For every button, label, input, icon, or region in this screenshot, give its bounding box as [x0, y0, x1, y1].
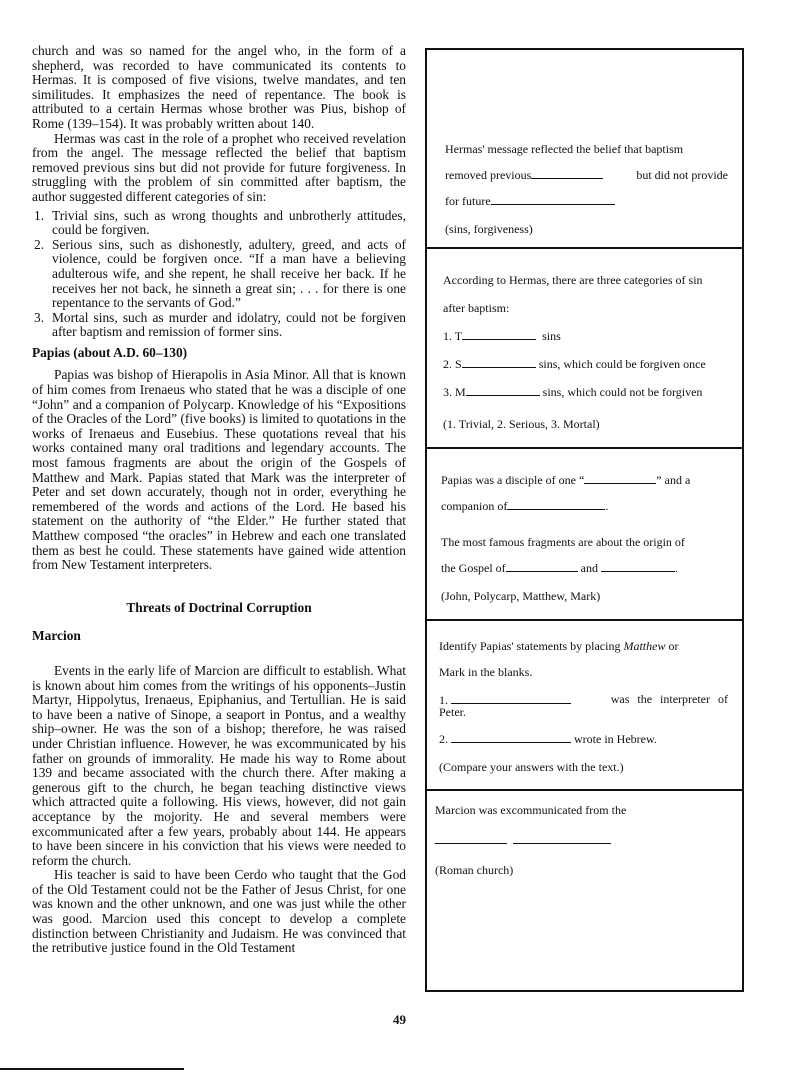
frame-identify-statements: Identify Papias' statements by placing M…	[427, 621, 742, 791]
frame-text: wrote in Hebrew.	[574, 732, 657, 746]
frame-text: sins, which could be forgiven once	[539, 357, 706, 371]
frame-text: removed previous	[445, 168, 531, 182]
frame-papias-disciple: Papias was a disciple of one “” and a co…	[427, 449, 742, 621]
frame-text: companion of	[441, 499, 507, 513]
frame-question: companion of.	[441, 499, 728, 513]
frame-text: 2.	[439, 732, 448, 746]
frame-item: 2. S sins, which could be forgiven once	[443, 357, 728, 371]
fill-in-blank[interactable]	[601, 561, 675, 572]
footer-rule	[0, 1068, 184, 1070]
list-text: Mortal sins, such as murder and idolatry…	[52, 310, 406, 340]
paragraph-marcion-1: Events in the early life of Marcion are …	[32, 664, 406, 868]
frame-marcion-excommunicated: Marcion was excommunicated from the (Rom…	[427, 791, 742, 990]
frame-text: the Gospel of	[441, 561, 506, 575]
fill-in-blank[interactable]	[584, 473, 656, 484]
frame-item	[435, 833, 728, 847]
frame-text: Identify Papias' statements by placing	[439, 639, 620, 653]
frame-question: the Gospel of and .	[441, 561, 728, 575]
frame-text: but did not provide	[636, 168, 728, 182]
frame-text: sins	[542, 329, 561, 343]
frame-question: Papias was a disciple of one “” and a	[441, 473, 728, 487]
list-text: Serious sins, such as dishonestly, adult…	[52, 237, 406, 310]
frame-hermas-message: Hermas' message reflected the belief tha…	[427, 50, 742, 249]
frame-question: Identify Papias' statements by placing M…	[439, 639, 728, 653]
list-number: 1.	[34, 209, 44, 224]
paragraph-shepherd-of-hermas: church and was so named for the angel wh…	[32, 44, 406, 132]
list-item: 3.Mortal sins, such as murder and idolat…	[32, 311, 406, 340]
frame-question: removed previous but did not provide	[445, 168, 728, 182]
frame-answer: (Compare your answers with the text.)	[439, 760, 728, 774]
section-title: Threats of Doctrinal Corruption	[32, 601, 406, 616]
list-text: Trivial sins, such as wrong thoughts and…	[52, 208, 406, 238]
fill-in-blank[interactable]	[451, 732, 571, 743]
frame-text: ” and a	[656, 473, 690, 487]
frame-answer: (1. Trivial, 2. Serious, 3. Mortal)	[443, 417, 728, 431]
frame-question: after baptism:	[443, 301, 728, 315]
frame-sin-categories: According to Hermas, there are three cat…	[427, 249, 742, 449]
marcion-heading: Marcion	[32, 629, 406, 644]
fill-in-blank[interactable]	[506, 561, 578, 572]
fill-in-blank[interactable]	[451, 693, 571, 704]
frame-item: 2. wrote in Hebrew.	[439, 732, 728, 746]
frame-question: Hermas' message reflected the belief tha…	[445, 142, 728, 156]
frame-text: 3. M	[443, 385, 466, 399]
frame-text: 1. T	[443, 329, 462, 343]
study-frames-column: Hermas' message reflected the belief tha…	[425, 48, 744, 992]
list-item: 1.Trivial sins, such as wrong thoughts a…	[32, 209, 406, 238]
frame-question: Marcion was excommunicated from the	[435, 803, 728, 817]
list-number: 2.	[34, 238, 44, 253]
frame-text: 2. S	[443, 357, 462, 371]
fill-in-blank[interactable]	[491, 194, 615, 205]
frame-answer: (John, Polycarp, Matthew, Mark)	[441, 589, 728, 603]
frame-text-italic: Matthew	[623, 639, 665, 653]
fill-in-blank[interactable]	[513, 833, 611, 844]
fill-in-blank[interactable]	[462, 357, 536, 368]
fill-in-blank[interactable]	[466, 385, 540, 396]
frame-text: and	[581, 561, 598, 575]
frame-item: 1. was the interpreter ofPeter.	[439, 693, 728, 718]
paragraph-hermas-prophet: Hermas was cast in the role of a prophet…	[32, 132, 406, 205]
main-text-column: church and was so named for the angel wh…	[32, 44, 406, 956]
paragraph-papias: Papias was bishop of Hierapolis in Asia …	[32, 368, 406, 572]
frame-text: Papias was a disciple of one “	[441, 473, 584, 487]
fill-in-blank[interactable]	[531, 168, 603, 179]
list-number: 3.	[34, 311, 44, 326]
frame-text: was the interpreter of	[611, 693, 728, 705]
frame-answer: (Roman church)	[435, 863, 728, 877]
list-item: 2.Serious sins, such as dishonestly, adu…	[32, 238, 406, 311]
frame-item: 1. T sins	[443, 329, 728, 343]
frame-text: for future	[445, 194, 491, 208]
fill-in-blank[interactable]	[462, 329, 536, 340]
papias-heading: Papias (about A.D. 60–130)	[32, 346, 406, 361]
frame-answer: (sins, forgiveness)	[445, 222, 728, 236]
frame-question: The most famous fragments are about the …	[441, 535, 728, 549]
frame-text: sins, which could not be forgiven	[543, 385, 703, 399]
frame-item: 3. M sins, which could not be forgiven	[443, 385, 728, 399]
frame-text: or	[668, 639, 678, 653]
paragraph-marcion-2: His teacher is said to have been Cerdo w…	[32, 868, 406, 956]
fill-in-blank[interactable]	[435, 833, 507, 844]
frame-question: for future	[445, 194, 728, 208]
fill-in-blank[interactable]	[507, 499, 605, 510]
sin-categories-list: 1.Trivial sins, such as wrong thoughts a…	[32, 209, 406, 340]
frame-question: According to Hermas, there are three cat…	[443, 273, 728, 287]
frame-text: Peter.	[439, 705, 466, 719]
frame-question: Mark in the blanks.	[439, 665, 728, 679]
page-number: 49	[0, 1012, 799, 1028]
